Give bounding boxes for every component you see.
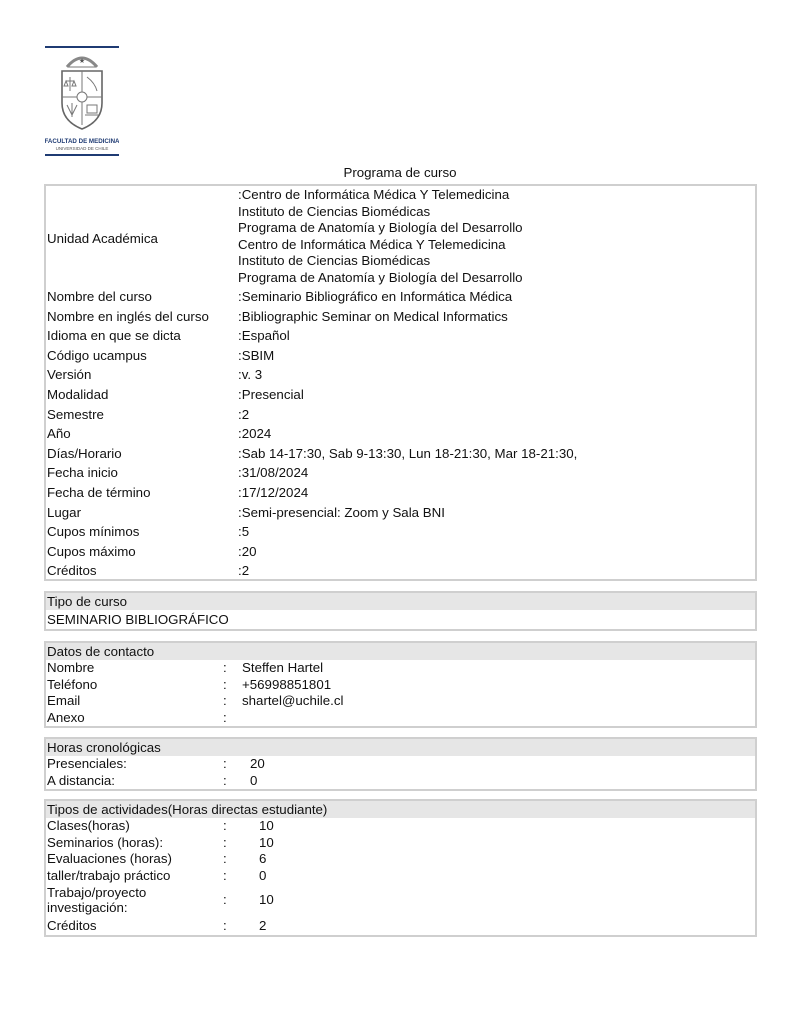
actividades-label: Clases(horas) xyxy=(47,818,130,835)
info-label: Versión xyxy=(47,365,91,384)
tipo-curso-row: SEMINARIO BIBLIOGRÁFICO xyxy=(46,610,755,629)
tipo-curso-value: SEMINARIO BIBLIOGRÁFICO xyxy=(47,610,229,629)
info-label: Créditos xyxy=(47,561,97,580)
course-info-table: Unidad Académica :Centro de Informática … xyxy=(44,184,757,581)
separator-colon: : xyxy=(223,710,227,727)
svg-text:UNIVERSIDAD DE CHILE: UNIVERSIDAD DE CHILE xyxy=(56,146,109,151)
actividades-section: Tipos de actividades(Horas directas estu… xyxy=(44,799,757,937)
actividades-label: Trabajo/proyecto investigación: xyxy=(47,885,217,915)
actividades-row: taller/trabajo práctico:0 xyxy=(46,868,755,885)
contacto-row: Email:shartel@uchile.cl xyxy=(46,693,755,710)
separator-colon: : xyxy=(223,693,227,710)
actividades-value: 10 xyxy=(259,818,274,835)
info-value: :2024 xyxy=(238,424,271,443)
unidad-academica-value: Programa de Anatomía y Biología del Desa… xyxy=(238,270,523,287)
info-value: :17/12/2024 xyxy=(238,483,308,502)
info-value: :Bibliographic Seminar on Medical Inform… xyxy=(238,307,508,326)
info-label: Año xyxy=(47,424,71,443)
unidad-academica-value: Centro de Informática Médica Y Telemedic… xyxy=(238,237,523,254)
actividades-label: Evaluaciones (horas) xyxy=(47,851,172,868)
unidad-academica-value: :Centro de Informática Médica Y Telemedi… xyxy=(238,187,523,204)
info-label: Fecha de término xyxy=(47,483,150,502)
section-header: Datos de contacto xyxy=(46,643,755,660)
info-value: :2 xyxy=(238,561,249,580)
tipo-curso-section: Tipo de curso SEMINARIO BIBLIOGRÁFICO xyxy=(44,591,757,631)
info-label: Lugar xyxy=(47,503,81,522)
info-value: :2 xyxy=(238,405,249,424)
actividades-row: Clases(horas):10 xyxy=(46,818,755,835)
actividades-row: Trabajo/proyecto investigación::10 xyxy=(46,884,755,918)
actividades-value: 10 xyxy=(259,892,274,909)
info-label: Idioma en que se dicta xyxy=(47,326,181,345)
separator-colon: : xyxy=(223,660,227,677)
info-label: Días/Horario xyxy=(47,444,122,463)
info-value: :Español xyxy=(238,326,290,345)
separator-colon: : xyxy=(223,677,227,694)
separator-colon: : xyxy=(223,756,227,773)
unidad-academica-label: Unidad Académica xyxy=(47,229,158,248)
separator-colon: : xyxy=(223,892,227,909)
info-label: Código ucampus xyxy=(47,346,147,365)
info-value: :Seminario Bibliográfico en Informática … xyxy=(238,287,512,306)
actividades-label: Seminarios (horas): xyxy=(47,835,163,852)
info-value: :Presencial xyxy=(238,385,304,404)
contacto-value: Steffen Hartel xyxy=(242,660,323,677)
actividades-row: Créditos:2 xyxy=(46,918,755,935)
contacto-label: Nombre xyxy=(47,660,94,677)
info-label: Cupos máximo xyxy=(47,542,136,561)
contacto-label: Teléfono xyxy=(47,677,97,694)
horas-row: A distancia::0 xyxy=(46,773,755,790)
contacto-row: Teléfono:+56998851801 xyxy=(46,677,755,694)
section-header: Tipo de curso xyxy=(46,593,755,610)
horas-label: Presenciales: xyxy=(47,756,127,773)
horas-value: 0 xyxy=(250,773,257,790)
university-crest-icon: ★ FACULTAD DE MEDICINA UNIVERSIDAD DE CH… xyxy=(45,45,119,157)
separator-colon: : xyxy=(223,851,227,868)
separator-colon: : xyxy=(223,868,227,885)
horas-label: A distancia: xyxy=(47,773,115,790)
section-header: Tipos de actividades(Horas directas estu… xyxy=(46,801,755,818)
actividades-value: 0 xyxy=(259,868,266,885)
svg-text:★: ★ xyxy=(79,57,85,65)
unidad-academica-values: :Centro de Informática Médica Y Telemedi… xyxy=(238,187,523,287)
separator-colon: : xyxy=(223,773,227,790)
faculty-logo: ★ FACULTAD DE MEDICINA UNIVERSIDAD DE CH… xyxy=(45,45,119,157)
contacto-section: Datos de contacto Nombre:Steffen HartelT… xyxy=(44,641,757,728)
contacto-label: Anexo xyxy=(47,710,85,727)
actividades-row: Seminarios (horas)::10 xyxy=(46,835,755,852)
info-value: :31/08/2024 xyxy=(238,463,308,482)
document-title: Programa de curso xyxy=(44,165,756,180)
actividades-value: 2 xyxy=(259,918,266,935)
separator-colon: : xyxy=(223,918,227,935)
info-label: Semestre xyxy=(47,405,104,424)
contacto-row: Anexo: xyxy=(46,710,755,727)
horas-row: Presenciales::20 xyxy=(46,756,755,773)
section-header: Horas cronológicas xyxy=(46,739,755,756)
actividades-label: Créditos xyxy=(47,918,97,935)
unidad-academica-value: Programa de Anatomía y Biología del Desa… xyxy=(238,220,523,237)
unidad-academica-value: Instituto de Ciencias Biomédicas xyxy=(238,253,523,270)
contacto-label: Email xyxy=(47,693,80,710)
horas-value: 20 xyxy=(250,756,265,773)
separator-colon: : xyxy=(223,835,227,852)
actividades-value: 10 xyxy=(259,835,274,852)
info-label: Nombre en inglés del curso xyxy=(47,307,209,326)
info-label: Fecha inicio xyxy=(47,463,118,482)
info-label: Nombre del curso xyxy=(47,287,152,306)
separator-colon: : xyxy=(223,818,227,835)
contacto-row: Nombre:Steffen Hartel xyxy=(46,660,755,677)
info-value: :Sab 14-17:30, Sab 9-13:30, Lun 18-21:30… xyxy=(238,444,577,463)
info-value: :20 xyxy=(238,542,257,561)
info-label: Cupos mínimos xyxy=(47,522,139,541)
contacto-value[interactable]: shartel@uchile.cl xyxy=(242,693,343,710)
contacto-value: +56998851801 xyxy=(242,677,331,694)
svg-text:FACULTAD DE MEDICINA: FACULTAD DE MEDICINA xyxy=(45,138,119,145)
actividades-value: 6 xyxy=(259,851,266,868)
unidad-academica-value: Instituto de Ciencias Biomédicas xyxy=(238,204,523,221)
info-value: :v. 3 xyxy=(238,365,262,384)
horas-section: Horas cronológicas Presenciales::20A dis… xyxy=(44,737,757,791)
actividades-row: Evaluaciones (horas):6 xyxy=(46,851,755,868)
info-value: :Semi-presencial: Zoom y Sala BNI xyxy=(238,503,445,522)
info-value: :SBIM xyxy=(238,346,274,365)
info-value: :5 xyxy=(238,522,249,541)
info-label: Modalidad xyxy=(47,385,108,404)
actividades-label: taller/trabajo práctico xyxy=(47,868,170,885)
